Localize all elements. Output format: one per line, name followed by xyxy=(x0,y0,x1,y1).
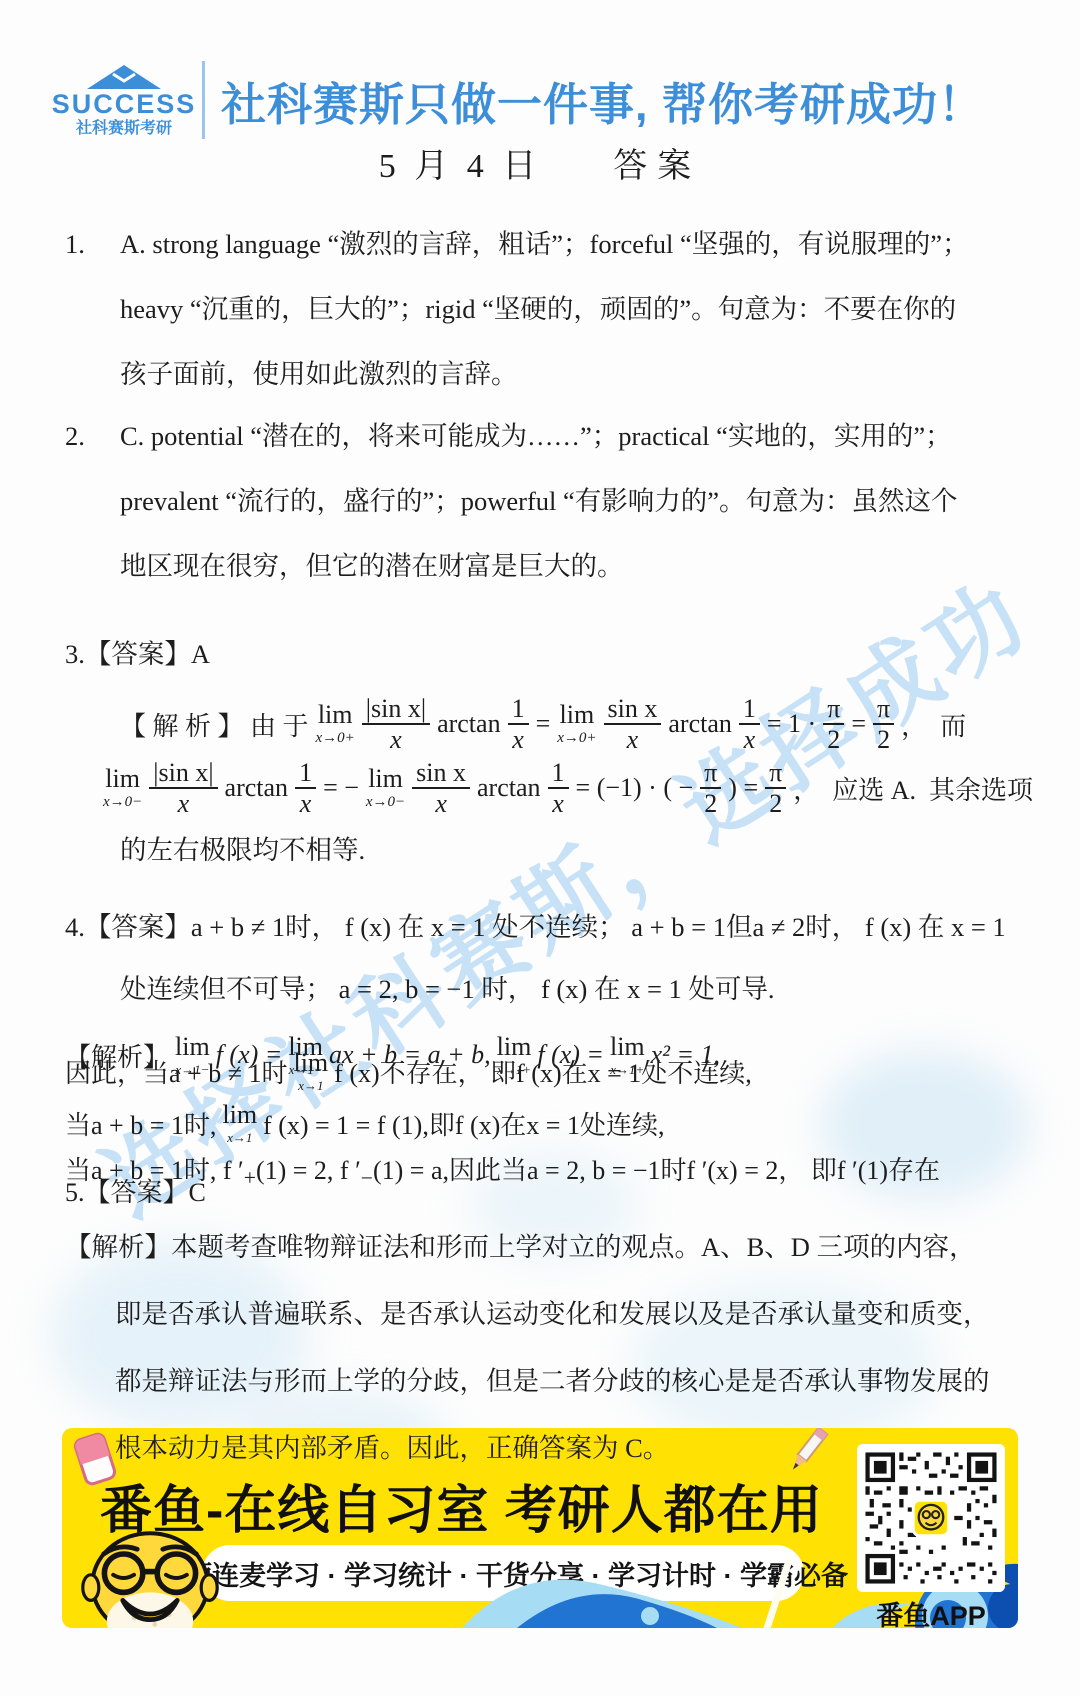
analysis-text: f (x)不存在， 即f (x)在x = 1处不连续, xyxy=(334,1053,752,1090)
qr-caption: 番鱼APP xyxy=(847,1594,1015,1628)
math-token: 2 xyxy=(827,725,840,754)
math-lim: limx→1 xyxy=(222,1102,257,1144)
title-date: 5 月 4 日 xyxy=(379,148,542,185)
page-title: 5 月 4 日答案 xyxy=(0,138,1080,187)
math-token: x→0− xyxy=(366,795,405,810)
math-line-2: limx→0− |sin x|x arctan 1x = − limx→0− s… xyxy=(103,752,1033,824)
item-text: C. potential “潜在的，将来可能成为……”；practical “实… xyxy=(120,421,952,451)
answer-text: 3.【答案】A xyxy=(65,636,210,672)
math-token: arctan xyxy=(225,773,289,803)
item-text: prevalent “流行的，盛行的”；powerful “有影响力的”。句意为… xyxy=(120,469,958,534)
math-token: arctan xyxy=(477,773,541,803)
answer-text: 5.【答案】C xyxy=(65,1172,206,1209)
math-token: = xyxy=(536,709,551,739)
analysis-text: 当a + b = 1时, xyxy=(65,1105,216,1142)
success-logo: SUCCESS 社科赛斯考研 xyxy=(58,62,190,137)
header-divider xyxy=(202,61,205,139)
answer-item-3: 3.【答案】A xyxy=(65,636,210,672)
item-number: 2. xyxy=(65,404,120,469)
math-token: ) = xyxy=(728,773,758,803)
math-token: x→0+ xyxy=(557,731,596,746)
math-token: |sin x| xyxy=(149,758,217,789)
answer-item-4: 4.【答案】a + b ≠ 1时， f (x) 在 x = 1 处不连续； a … xyxy=(65,896,1006,1020)
math-fraction: 1x xyxy=(295,758,316,818)
answer-item-5: 5.【答案】C xyxy=(65,1172,206,1209)
math-fraction: π2 xyxy=(823,694,844,754)
item-text: A. strong language “激烈的言辞，粗话”；forceful “… xyxy=(120,229,969,259)
math-token: (1) = a,因此当a = 2, b = −1时f ′(x) = 2， 即f … xyxy=(373,1156,940,1185)
math-fraction: sin xx xyxy=(412,758,470,818)
analysis-item-5: 【解析】本题考查唯物辩证法和形而上学对立的观点。A、B、D 三项的内容， 即是否… xyxy=(65,1214,990,1482)
math-token: x xyxy=(512,725,524,754)
math-fraction: 1x xyxy=(508,694,529,754)
math-token: = (−1) · ( − xyxy=(576,773,694,803)
math-token: + xyxy=(244,1166,256,1190)
analysis-text: 因此，当a + b ≠ 1时 xyxy=(65,1053,287,1090)
math-token: arctan xyxy=(668,709,732,739)
logo-brand-text: SUCCESS xyxy=(52,90,197,118)
item-text: 都是辩证法与形而上学的分歧，但是二者分歧的核心是是否承认事物发展的 xyxy=(115,1348,990,1415)
math-token: x xyxy=(552,789,564,818)
item-text: 即是否承认普遍联系、是否承认运动变化和发展以及是否承认量变和质变， xyxy=(115,1281,990,1348)
math-token: 2 xyxy=(877,725,890,754)
math-token: (1) = 2, f ′ xyxy=(256,1156,361,1185)
item-text: 地区现在很穷，但它的潜在财富是巨大的。 xyxy=(120,534,958,599)
math-token: x→1 xyxy=(227,1131,252,1144)
math-fraction: |sin x|x xyxy=(149,758,217,818)
math-fraction: 1x xyxy=(739,694,760,754)
math-token: lim xyxy=(222,1102,257,1128)
math-token: lim xyxy=(318,702,353,728)
math-fraction: 1x xyxy=(548,758,569,818)
math-token: − xyxy=(361,1166,373,1190)
math-token: ， 而 xyxy=(901,706,966,743)
analysis-line-b: 因此，当a + b ≠ 1时 limx→1 f (x)不存在， 即f (x)在x… xyxy=(65,1050,752,1092)
header-slogan: 社科赛斯只做一件事, 帮你考研成功！ xyxy=(221,68,984,133)
item-text: 4.【答案】a + b ≠ 1时， f (x) 在 x = 1 处不连续； a … xyxy=(65,896,1006,958)
math-lim: limx→0+ xyxy=(557,702,596,746)
answer-item-1: 1.A. strong language “激烈的言辞，粗话”；forceful… xyxy=(65,212,969,407)
mountain-icon xyxy=(81,62,167,90)
math-token: x xyxy=(744,725,756,754)
analysis-text: f (x) = 1 = f (1),即f (x)在x = 1处连续, xyxy=(263,1105,664,1142)
math-token: sin x xyxy=(604,694,662,725)
math-fraction: |sin x|x xyxy=(362,694,430,754)
item-text: 孩子面前，使用如此激烈的言辞。 xyxy=(120,342,969,407)
math-token: 2 xyxy=(769,789,782,818)
math-token: sin x xyxy=(412,758,470,789)
math-token: 1 xyxy=(508,694,529,725)
math-token: arctan xyxy=(437,709,501,739)
analysis-text: 的左右极限均不相等. xyxy=(120,830,365,870)
math-lim: limx→0− xyxy=(366,766,405,810)
math-fraction: sin xx xyxy=(604,694,662,754)
math-token: x xyxy=(627,725,639,754)
item-text: 根本动力是其内部矛盾。因此，正确答案为 C。 xyxy=(115,1415,990,1482)
math-token: 【 解 析 】 由 于 xyxy=(120,706,309,743)
math-token: π xyxy=(700,758,721,789)
math-token: |sin x| xyxy=(362,694,430,725)
math-token: x→1 xyxy=(298,1079,323,1092)
math-token: 1 xyxy=(548,758,569,789)
analysis-line-c: 当a + b = 1时, limx→1 f (x) = 1 = f (1),即f… xyxy=(65,1100,664,1146)
math-token: π xyxy=(823,694,844,725)
math-token: π xyxy=(873,694,894,725)
math-lim: limx→1 xyxy=(293,1050,328,1092)
item-text: heavy “沉重的，巨大的”；rigid “坚硬的，顽固的”。句意为：不要在你… xyxy=(120,277,969,342)
math-token: lim xyxy=(368,766,403,792)
math-token: x→0+ xyxy=(316,731,355,746)
math-token: x xyxy=(178,789,190,818)
math-token: = xyxy=(851,709,866,739)
math-line-1: 【 解 析 】 由 于 limx→0+ |sin x|x arctan 1x =… xyxy=(120,688,966,760)
math-fraction: π2 xyxy=(873,694,894,754)
fish-mascot xyxy=(64,1530,236,1628)
math-token: lim xyxy=(105,766,140,792)
title-label: 答案 xyxy=(613,148,701,185)
math-token: 1 xyxy=(739,694,760,725)
math-token: lim xyxy=(293,1050,328,1076)
math-token: x xyxy=(300,789,312,818)
answer-item-2: 2.C. potential “潜在的，将来可能成为……”；practical … xyxy=(65,404,958,599)
analysis-overlap-block: 【解析】 limx→1− f (x) = limx→1− ax + b = a … xyxy=(65,1034,1025,1094)
math-token: ， 应选 A. 其余选项 xyxy=(793,770,1033,807)
math-fraction: π2 xyxy=(765,758,786,818)
math-fraction: π2 xyxy=(700,758,721,818)
analysis-overlap-block-2: 当a + b = 1时, f ′+(1) = 2, f ′−(1) = a,因此… xyxy=(65,1150,1025,1214)
item-text: 处连续但不可导； a = 2, b = −1 时， f (x) 在 x = 1 … xyxy=(120,958,1006,1020)
item-number: 1. xyxy=(65,212,120,277)
header: SUCCESS 社科赛斯考研 社科赛斯只做一件事, 帮你考研成功！ xyxy=(58,56,1040,144)
math-token: x xyxy=(435,789,447,818)
math-lim: limx→0− xyxy=(103,766,142,810)
math-token: 1 xyxy=(295,758,316,789)
logo-brand-subtext: 社科赛斯考研 xyxy=(76,121,172,138)
math-token: lim xyxy=(560,702,595,728)
math-lim: limx→0+ xyxy=(316,702,355,746)
math-token: = 1 · xyxy=(767,709,816,739)
item-text: 【解析】本题考查唯物辩证法和形而上学对立的观点。A、B、D 三项的内容， xyxy=(65,1214,990,1281)
math-token: 2 xyxy=(704,789,717,818)
math-token: π xyxy=(765,758,786,789)
item-text: 的左右极限均不相等. xyxy=(120,830,365,870)
math-token: = − xyxy=(323,773,359,803)
math-token: x→0− xyxy=(103,795,142,810)
math-token: x xyxy=(390,725,402,754)
